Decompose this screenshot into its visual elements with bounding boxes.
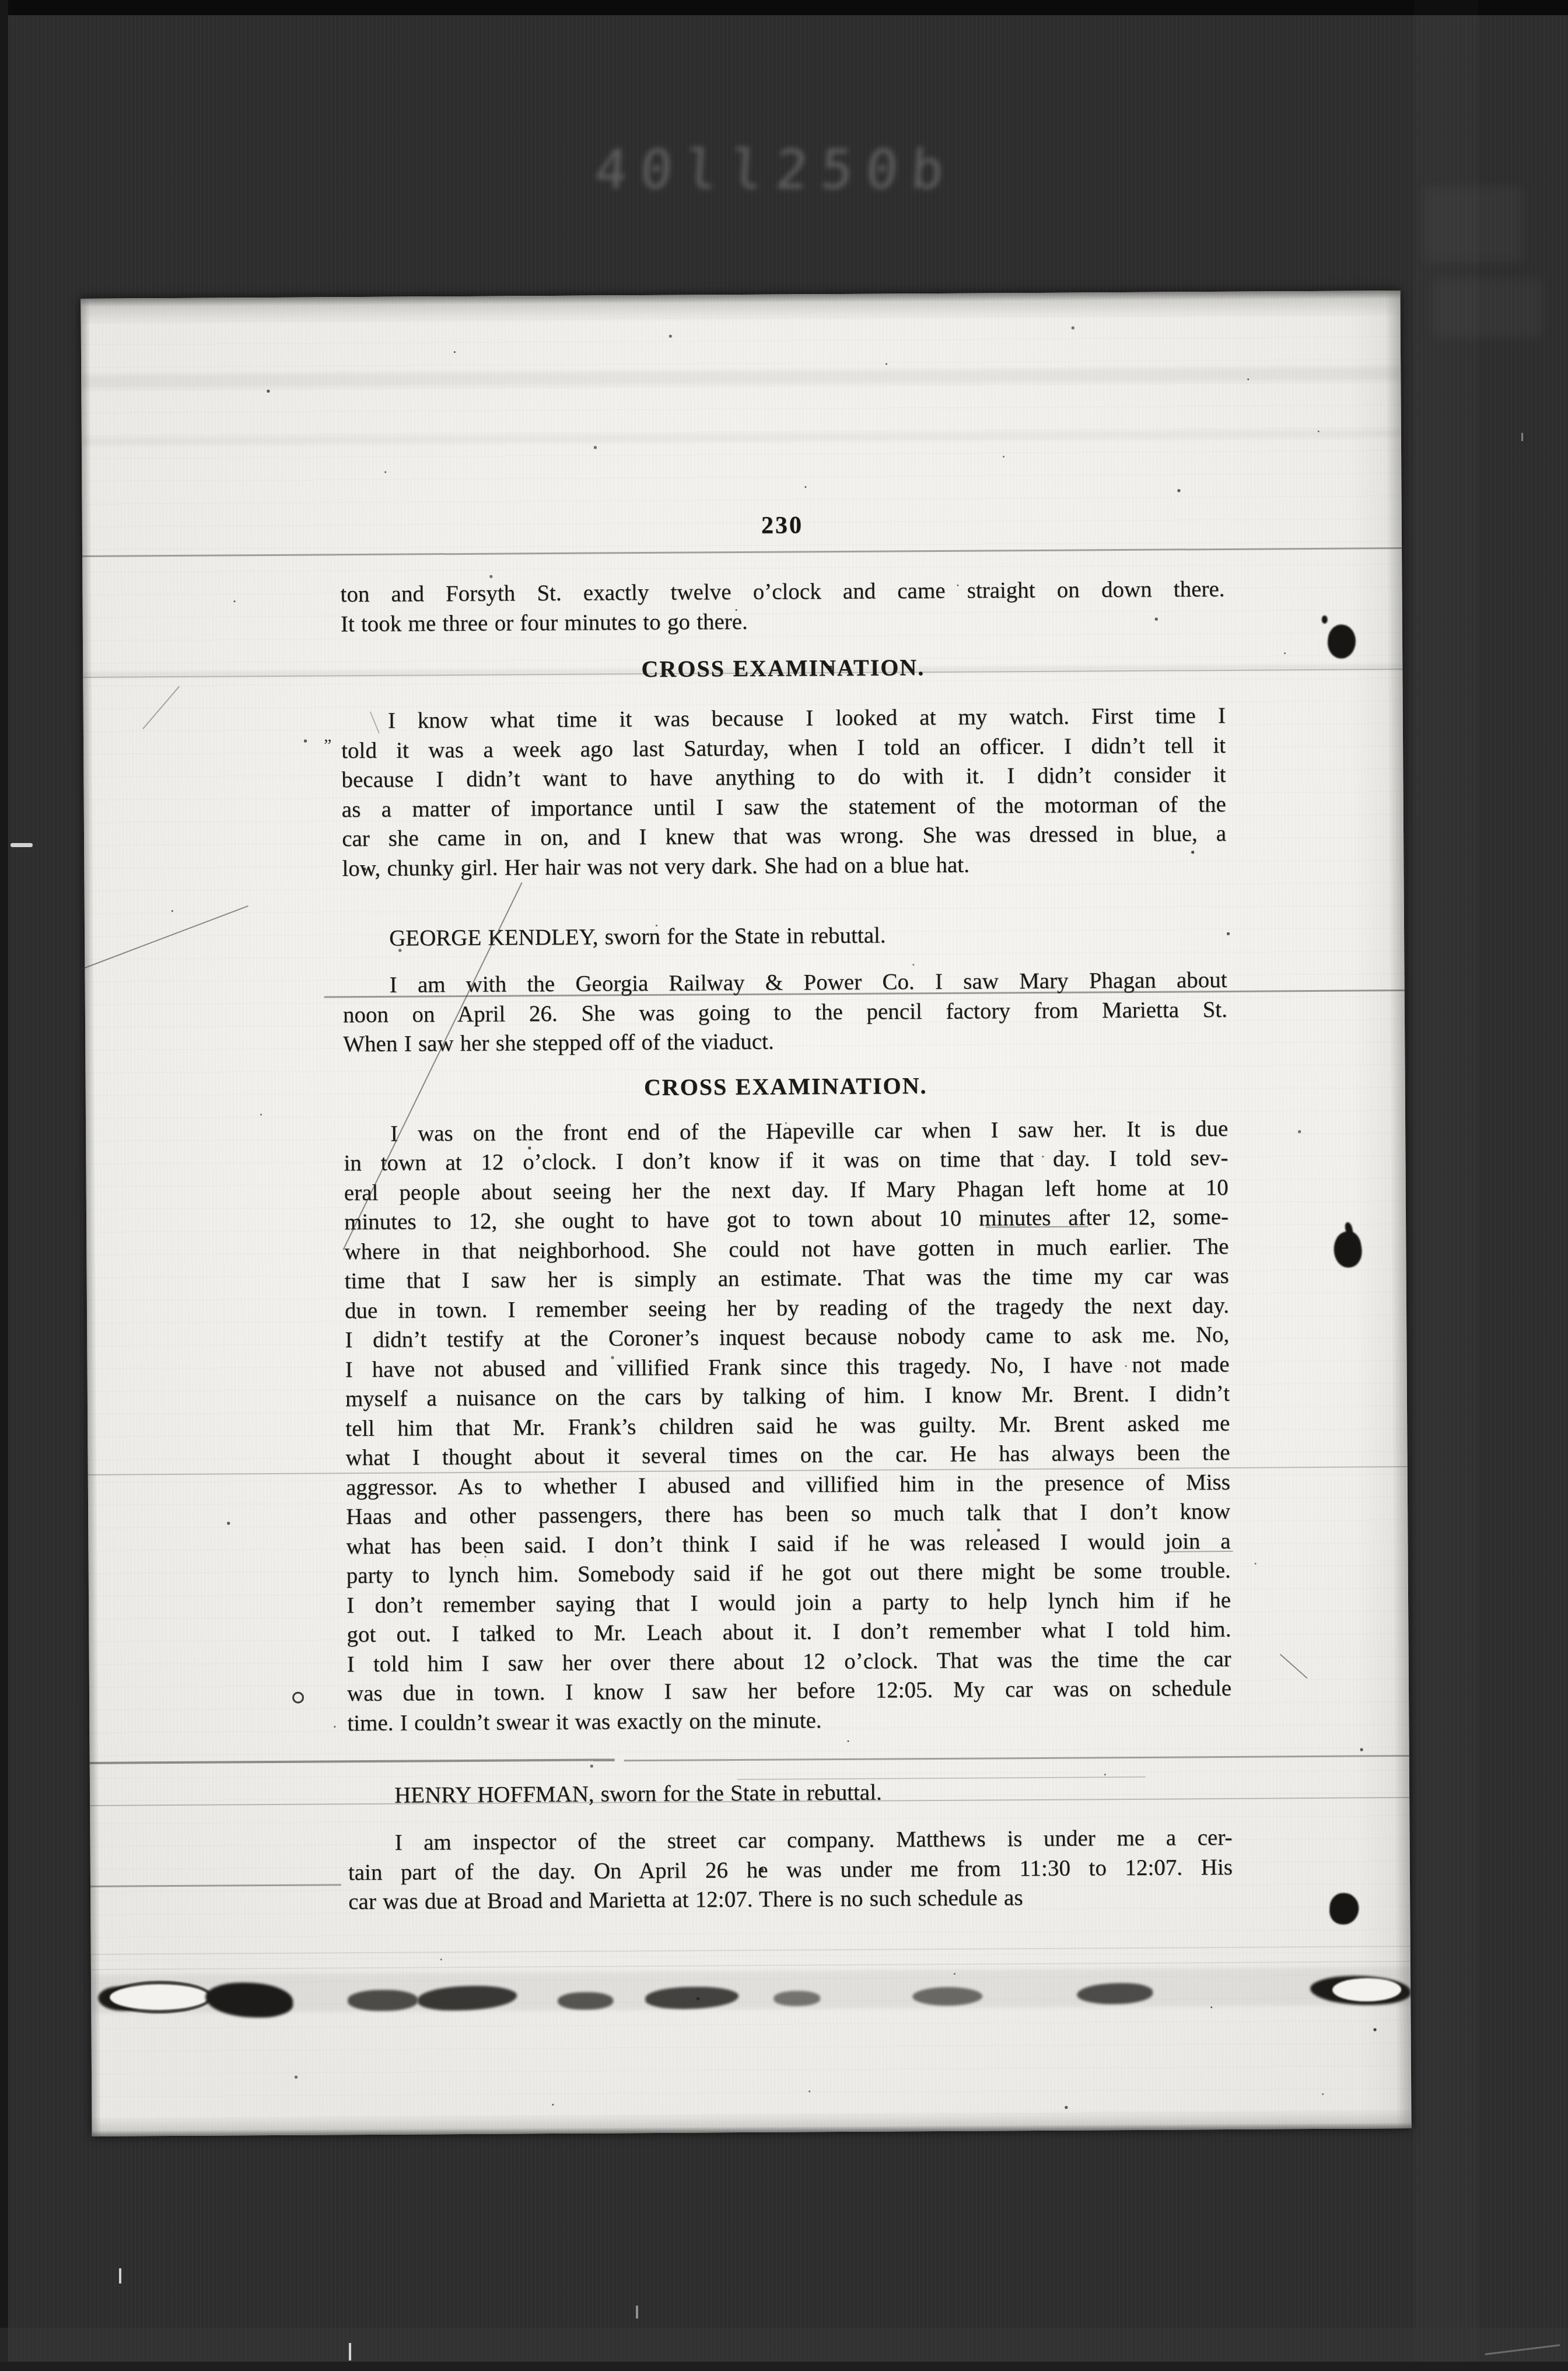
witness-line: HENRY HOFFMAN, sworn for the State in re…	[348, 1776, 1232, 1810]
text-line: what I thought about it several times on…	[345, 1438, 1230, 1473]
smudge	[205, 1982, 293, 2018]
text-line: I am with the Georgia Railway & Power Co…	[342, 966, 1227, 1001]
scan-line	[91, 1946, 1410, 1955]
scratch-mark	[142, 686, 180, 729]
smudge	[912, 1987, 982, 2006]
witness-line: GEORGE KENDLEY, sworn for the State in r…	[342, 919, 1227, 953]
film-stamp: 40ll250b	[593, 139, 1040, 201]
text-line: party to lynch him. Somebody said if he …	[346, 1556, 1231, 1591]
ink-blot	[1331, 1229, 1364, 1270]
film-edge-top	[0, 0, 1568, 15]
dust-specks	[80, 299, 81, 299]
text-line: It took me three or four minutes to go t…	[341, 604, 1225, 639]
film-scratch-mark	[1521, 433, 1523, 441]
text-line: tain part of the day. On April 26 he was…	[348, 1852, 1233, 1887]
text-line: time that I saw her is simply an estimat…	[345, 1261, 1229, 1296]
text-line: where in that neighborhood. She could no…	[344, 1232, 1228, 1267]
film-edge-right	[1414, 0, 1478, 2371]
text-line: car was due at Broad and Marietta at 12:…	[348, 1882, 1233, 1917]
text-line: I know what time it was because I looked…	[341, 701, 1226, 736]
smudge-hole	[110, 1984, 209, 2010]
ink-blot	[1329, 1892, 1360, 1925]
text-line: I have not abused and villified Frank si…	[345, 1349, 1229, 1384]
smudge	[558, 1992, 613, 2010]
section-heading: CROSS EXAMINATION.	[341, 651, 1225, 686]
text-line: I didn’t testify at the Coroner’s inques…	[345, 1320, 1229, 1355]
text-line: noon on April 26. She was going to the p…	[343, 995, 1227, 1030]
ink-blot	[1322, 616, 1328, 624]
paragraph: I am with the Georgia Railway & Power Co…	[342, 966, 1227, 1059]
scan-line	[90, 1884, 341, 1887]
section-heading: CROSS EXAMINATION.	[344, 1069, 1228, 1103]
text-line: got out. I talked to Mr. Leach about it.…	[346, 1615, 1231, 1650]
stray-ditto-mark: ”	[324, 736, 332, 756]
stray-ring-mark	[292, 1692, 304, 1704]
text-line: myself a nuisance on the cars by talking…	[345, 1379, 1230, 1414]
smudge	[348, 1989, 418, 2011]
microfilm-scan: 40ll250b 230 ton and Forsyth St. exactly…	[0, 0, 1568, 2371]
ghost-frame	[1423, 187, 1522, 263]
scan-band	[82, 429, 1401, 446]
paragraph: I know what time it was because I looked…	[341, 701, 1227, 883]
text-line: what has been said. I don’t think I said…	[346, 1526, 1230, 1561]
text-line: aggressor. As to whether I abused and vi…	[346, 1467, 1230, 1502]
text-line: I don’t remember saying that I would joi…	[346, 1585, 1231, 1620]
film-edge-bottom	[0, 2362, 1568, 2371]
paragraph: ton and Forsyth St. exactly twelve o’clo…	[340, 575, 1225, 639]
smudge	[645, 1987, 738, 2009]
scan-band	[81, 366, 1401, 389]
text-line: was due in town. I know I saw her before…	[347, 1674, 1231, 1709]
smudge	[418, 1985, 517, 2010]
scratch-mark	[1280, 1654, 1308, 1679]
text-line: car she came in on, and I knew that was …	[342, 819, 1226, 854]
text-line: eral people about seeing her the next da…	[344, 1173, 1228, 1208]
scan-line	[82, 547, 1402, 557]
smudge	[773, 1991, 820, 2006]
text-line: because I didn’t want to have anything t…	[341, 760, 1226, 795]
text-line: minutes to 12, she ought to have got to …	[344, 1202, 1228, 1237]
paragraph: I am inspector of the street car company…	[348, 1823, 1233, 1917]
text-line: I told him I saw her over there about 12…	[347, 1644, 1231, 1679]
text-line: low, chunky girl. Her hair was not very …	[342, 848, 1226, 883]
text-line: When I saw her she stepped off of the vi…	[343, 1024, 1227, 1059]
text-line: ton and Forsyth St. exactly twelve o’clo…	[340, 575, 1224, 610]
scan-line	[91, 1961, 1410, 1970]
paragraph: I was on the front end of the Hapeville …	[344, 1114, 1231, 1738]
film-scratch-mark	[636, 2306, 638, 2318]
scanned-page: 230 ton and Forsyth St. exactly twelve o…	[80, 291, 1411, 2136]
scratch-mark	[80, 905, 249, 970]
text-line: told it was a week ago last Saturday, wh…	[341, 730, 1226, 765]
text-line: I was on the front end of the Hapeville …	[344, 1114, 1228, 1149]
film-scratch-mark	[349, 2343, 351, 2360]
ghost-frame	[1432, 279, 1543, 337]
film-edge-left	[0, 0, 8, 2371]
text-line: as a matter of importance until I saw th…	[342, 789, 1226, 824]
smudge	[1077, 1983, 1153, 2005]
text-line: in town at 12 o’clock. I don’t know if i…	[344, 1143, 1228, 1178]
text-line: due in town. I remember seeing her by re…	[345, 1291, 1229, 1326]
ink-blot	[1325, 623, 1357, 660]
transcript: ton and Forsyth St. exactly twelve o’clo…	[340, 575, 1233, 1917]
text-line: Haas and other passengers, there has bee…	[346, 1497, 1230, 1532]
text-line: tell him that Mr. Frank’s children said …	[345, 1408, 1230, 1443]
film-scratch-mark	[119, 2268, 121, 2283]
text-line: I am inspector of the street car company…	[348, 1823, 1232, 1858]
film-scratch-mark	[10, 843, 33, 847]
text-line: time. I couldn’t swear it was exactly on…	[347, 1703, 1231, 1738]
page-number: 230	[340, 509, 1224, 542]
